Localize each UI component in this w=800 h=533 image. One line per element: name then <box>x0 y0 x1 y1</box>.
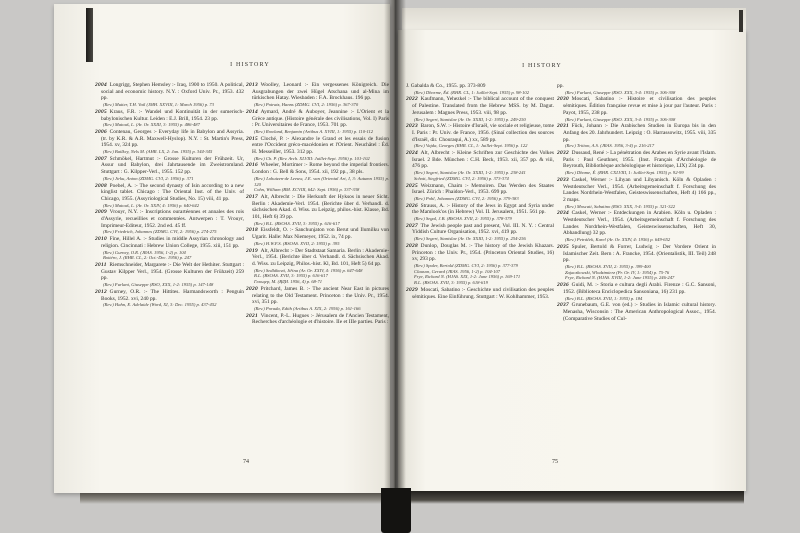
right-page-column-2: pp.(Rev.) Furlani, Giuseppe (RSO. XXX, 3… <box>557 83 716 479</box>
book-scan-photo: I HISTORY I HISTORY 2004 Longrigg, Steph… <box>0 0 800 533</box>
review-citation: (Rev.) Hahn, E. Adelaide (Word, XI, 3: D… <box>101 302 244 308</box>
review-citation: (Rev.) B.L. (BSOAS. XVII, 3: 1955) p. 61… <box>252 221 389 227</box>
bib-entry: 2011 Riemschneider, Margarete :- Die Wel… <box>95 262 244 288</box>
left-bottom-page-edges <box>80 493 390 504</box>
review-citation: Bottéro, J. (RHR. CL, 2: Oct.-Dec. 1956)… <box>101 255 244 261</box>
entry-number: 2023 <box>406 123 418 129</box>
review-citation: (Rev.) Furlani, Giuseppe (RSO. XXX, 3-4:… <box>563 90 716 96</box>
entry-number: 2014 <box>246 109 258 115</box>
bib-entry: 2029 Moscati, Sabatino :- Geschichte und… <box>406 287 554 300</box>
bib-entry: 2025 Weizmann, Chaim :- Memoiren. Das We… <box>406 183 554 202</box>
review-citation: (Rev.) Mutter, T.H. Vail (JMH. XXVIII, 1… <box>101 102 244 108</box>
entry-number: 2035 <box>557 244 569 250</box>
entry-number: 2004 <box>95 82 107 88</box>
entry-number: 2036 <box>557 282 569 288</box>
entry-number: 2021 <box>246 313 258 319</box>
entry-number: 2029 <box>406 287 418 293</box>
bib-entry: 2007 Schmökel, Hartmut :- Grosse Kulture… <box>95 156 244 182</box>
running-head-left: I HISTORY <box>190 62 310 68</box>
bib-entry: 2030 Moscati, Sabatino :- Histoire et ci… <box>557 96 716 122</box>
entry-number: 2011 <box>95 262 107 268</box>
review-citation: Schott, Siegfried (ZDMG. CVI, 2: 1956) p… <box>412 176 554 182</box>
entry-number: 2030 <box>557 96 569 102</box>
entry-number: 2005 <box>95 109 107 115</box>
review-citation: (Rev.) Furlani, Giuseppe (RSO. XXX, 3-4:… <box>563 117 716 123</box>
review-citation: (Rev.) Dhorme, Éd. (RHR. CL, 1: Juillet-… <box>412 90 554 96</box>
right-page-column-1: J. Gabalda & Co., 1955. pp. 373-809(Rev.… <box>406 83 554 461</box>
bib-entry: 2018 Eissfeldt, O. :- Sanchunjaton von B… <box>246 227 389 246</box>
bib-entry: 2021 Vincent, P.-L. Hugues :- Jérusalem … <box>246 313 389 326</box>
review-citation: (Rev.) Porada, Edith (Artibus A. XIX, 2:… <box>252 306 389 312</box>
entry-number: 2008 <box>95 183 107 189</box>
bib-entry: 2023 Baron, S.W. :- Histoire d'Israël, v… <box>406 123 554 149</box>
entry-number: 2026 <box>406 203 418 209</box>
bib-entry: 2037 Grunebaum, G.E. von (ed.) :- Studie… <box>557 302 716 322</box>
review-citation: (Rev.) Lohuizen-de Leeuw, J.E. van (Orie… <box>252 176 389 187</box>
entry-number: 2015 <box>246 136 258 142</box>
review-citation: (Rev.) Potratz, Hanns (ZDMG. CVI, 2: 195… <box>252 102 389 108</box>
review-citation: (Rev.) Matouš, L. (Ar. Or. XXIV, 4: 1956… <box>101 203 244 209</box>
review-citation: B.L. (BSOAS. XVII, 3: 1955) p. 618-619 <box>412 280 554 286</box>
entry-number: 2007 <box>95 156 107 162</box>
page-number-right: 75 <box>552 459 558 465</box>
bib-entry: 2027 The Jewish people past and present,… <box>406 223 554 242</box>
entry-number: 2020 <box>246 286 258 292</box>
bib-entry: 2012 Gurney, O.R. :- The Hittites. Harma… <box>95 289 244 308</box>
bib-entry: 2033 Caskel, Werner :- Lihyan und Lihyan… <box>557 177 716 210</box>
review-citation: (Rev.) Dhome, É. (RHR. CXLVIII, 1: Juill… <box>563 170 716 176</box>
entry-number: 2019 <box>246 248 258 254</box>
bib-entry: 2005 Kraus, F.R. :- Wandel und Kontinuit… <box>95 109 244 128</box>
entry-number: 2012 <box>95 289 107 295</box>
review-citation: Frye, Richard N. (HJAS. XVIII, 1-2: June… <box>563 275 716 281</box>
entry-number: 2031 <box>557 123 569 129</box>
bib-entry: 2020 Pritchard, James B. :- The ancient … <box>246 286 389 312</box>
left-page-column-1: 2004 Longrigg, Stephen Hemsley :- Iraq, … <box>95 82 244 464</box>
entry-number: 2006 <box>95 129 107 135</box>
review-citation: (Rev.) Segert, Stanislav (Ar. Or. XXIII,… <box>412 236 554 242</box>
entry-number: 2018 <box>246 227 258 233</box>
review-citation: (Rev.) Ch. P. (Rev. Arch. XLVIII: Juille… <box>252 156 389 162</box>
review-citation: (Rev.) Tritton, A.S. (JRAS. 1956, 3-4) p… <box>563 143 716 149</box>
bib-entry: 2004 Longrigg, Stephen Hemsley :- Iraq, … <box>95 82 244 108</box>
entry-number: 2028 <box>406 243 418 249</box>
review-citation: (Rev.) Rowland, Benjamin (Artibus A. XVI… <box>252 129 389 135</box>
bib-entry: 2009 Vrouyr, N.Y. :- Inscriptions ourart… <box>95 209 244 235</box>
entry-number: 2009 <box>95 209 107 215</box>
bib-entry: 2032 Dussaud, René :- La pénétration des… <box>557 150 716 176</box>
left-page-edge-shadow <box>86 8 93 62</box>
bib-entry: 2017 Alt, Albrecht :- Die Herkunft der H… <box>246 194 389 227</box>
entry-number: 2025 <box>406 183 418 189</box>
bib-entry: 2022 Kaufmann, Yehezkel :- The biblical … <box>406 96 554 122</box>
review-citation: (Rev.) Bailkey, Nels M. (AHR. LX, 2: Jan… <box>101 149 244 155</box>
bib-entry: pp.(Rev.) Furlani, Giuseppe (RSO. XXX, 3… <box>557 83 716 95</box>
entry-number: 2027 <box>406 223 418 229</box>
entry-number: 2022 <box>406 96 418 102</box>
bib-entry: 2010 Fine, Hillel A. :- Studies in middl… <box>95 236 244 261</box>
right-bottom-page-edges <box>400 491 744 504</box>
review-citation: (Rev.) Friedrich, Johannes (ZDMG. CVI, 2… <box>101 229 244 235</box>
entry-number: 2024 <box>406 150 418 156</box>
bib-entry: 2015 Cloché, P. :- Alexandre le Grand et… <box>246 136 389 162</box>
bib-entry: 2019 Alt, Albrecht :- Der Stadtstaat Sam… <box>246 248 389 285</box>
bib-entry: 2036 Guidi, M. :- Storia e cultura degli… <box>557 282 716 301</box>
entry-number: 2017 <box>246 194 258 200</box>
bib-entry: 2031 Fück, Johann :- Die Arabischen Stud… <box>557 123 716 149</box>
bib-entry: J. Gabalda & Co., 1955. pp. 373-809(Rev.… <box>406 83 554 95</box>
bib-entry: 2008 Poebel, A. :- The second dynasty of… <box>95 183 244 209</box>
entry-number: 2033 <box>557 177 569 183</box>
page-number-left: 74 <box>243 459 249 465</box>
review-citation: (Rev.) Vajda, Georges (RHR. CL, 1: Juill… <box>412 143 554 149</box>
review-citation: (Rev.) Petráček, Karel (Ar. Or. XXIV, 4:… <box>563 237 716 243</box>
review-citation: (Rev.) Jirku, Anton (ZDMG. CVI, 2: 1956)… <box>101 176 244 182</box>
running-head-right: I HISTORY <box>482 63 602 69</box>
entry-number: 2010 <box>95 236 107 242</box>
review-citation: (Rev.) Segal, J.B. (BSOAS. XVII, 2: 1955… <box>412 216 554 222</box>
review-citation: (Rev.) H.W.F.S. (BSOAS. XVII, 2: 1955) p… <box>252 241 389 247</box>
review-citation: Cohn, William (BM. XCVIII, 642: Sept. 19… <box>252 187 389 193</box>
entry-number: 2013 <box>246 82 258 88</box>
bib-entry: 2014 Aymard, André & Auboyer, Jeannine :… <box>246 109 389 135</box>
left-page-column-2: 2013 Woolley, Leonard :- Ein vergessenes… <box>246 82 389 474</box>
bib-entry: 2016 Wheeler, Mortimer :- Rome beyond th… <box>246 162 389 193</box>
entry-number: 2032 <box>557 150 569 156</box>
review-citation: (Rev.) Moscati, Sabatino (RSO. XXX, 3-4:… <box>563 204 716 210</box>
bib-entry: 2024 Alt, Albrecht :- Kleine Schriften z… <box>406 150 554 182</box>
review-citation: Гельцер, М. (ВДИ. 1956, 4) p. 68-71 <box>252 279 389 285</box>
bib-entry: 2006 Contenau, Georges :- Everyday life … <box>95 129 244 155</box>
review-citation: (Rev.) Pohl, Johannes (ZDMG. CVI, 2: 195… <box>412 196 554 202</box>
entry-number: 2037 <box>557 302 569 308</box>
bib-entry: 2026 Strauss, A. :- History of the Jews … <box>406 203 554 222</box>
review-citation: (Rev.) Segert, Stanislav (Ar. Or. XXIII,… <box>412 117 554 123</box>
bib-entry: 2013 Woolley, Leonard :- Ein vergessenes… <box>246 82 389 108</box>
entry-number: 2016 <box>246 162 258 168</box>
bib-entry: 2028 Dunlop, Douglas M. :- The history o… <box>406 243 554 286</box>
review-citation: (Rev.) Matouš, L. (Ar. Or. XXIII, 3: 195… <box>101 122 244 128</box>
entry-number: 2034 <box>557 210 569 216</box>
bib-entry: 2035 Spuler, Bertold & Forrer, Ludwig :-… <box>557 244 716 281</box>
right-page-corner-mark <box>739 10 743 32</box>
review-citation: (Rev.) Furlani, Giuseppe (RSO, XXX, 1-2:… <box>101 282 244 288</box>
bib-entry: 2034 Caskel, Werner :- Entdeckungen in A… <box>557 210 716 243</box>
review-citation: (Rev.) B.L. (BSOAS. XVII, 1: 1955) p. 18… <box>563 296 716 302</box>
right-page-edge-stack <box>402 8 746 32</box>
book-spine <box>381 488 411 533</box>
